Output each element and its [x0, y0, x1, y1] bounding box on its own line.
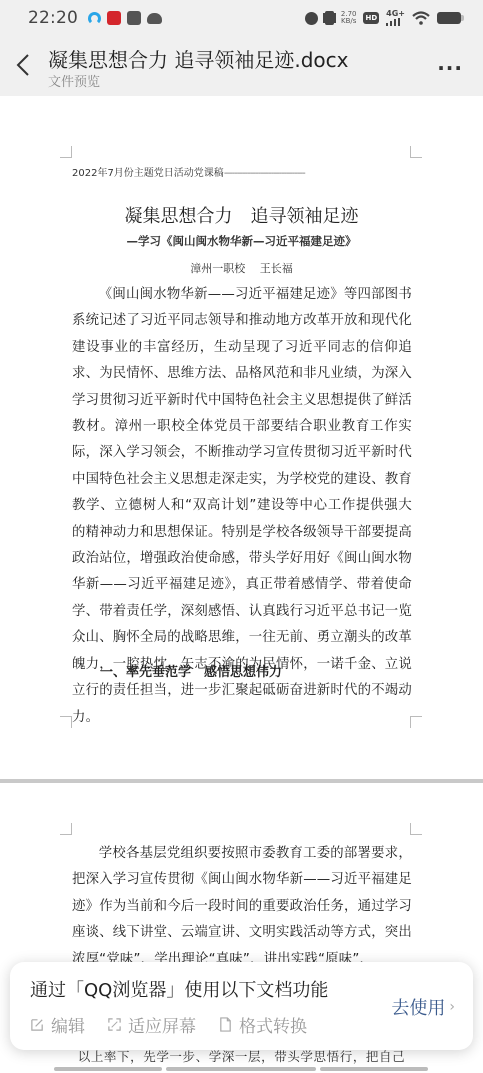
page-corner-mark [60, 146, 72, 158]
more-options-button[interactable]: ··· [437, 56, 463, 80]
page-corner-mark [410, 716, 422, 728]
alarm-icon [305, 12, 318, 25]
page-corner-mark [410, 146, 422, 158]
promo-title: 通过「QQ浏览器」使用以下文档功能 [30, 976, 328, 1002]
document-subtitle: —学习《闽山闽水物华新—习近平福建足迹》 [0, 233, 483, 249]
feature-fit-screen-label: 适应屏幕 [128, 1012, 196, 1037]
title-bar: 凝集思想合力 追寻领袖足迹.docx 文件预览 ··· [0, 36, 483, 96]
status-time: 22:20 [28, 8, 78, 28]
signal-bars-icon [386, 18, 400, 26]
document-author: 漳州一职校 王长福 [0, 260, 483, 276]
qq-circle-icon [88, 12, 101, 25]
feature-edit-label: 编辑 [51, 1012, 85, 1037]
signal-icon: 4G+ [386, 10, 405, 26]
net-speed-unit: KB/s [341, 17, 356, 25]
back-button[interactable] [12, 50, 36, 80]
system-icons: 2.70 KB/s HD 4G+ [305, 10, 461, 26]
document-header: 2022年7月份主题党日活动党课稿-----------------------… [72, 164, 305, 179]
page-corner-mark [60, 823, 72, 835]
file-subtitle: 文件预览 [48, 71, 100, 90]
red-app-icon [107, 11, 121, 25]
net-speed: 2.70 KB/s [341, 11, 357, 25]
feature-format-convert[interactable]: 格式转换 [218, 1012, 307, 1037]
document-icon [218, 1017, 233, 1032]
chevron-left-icon [12, 50, 36, 80]
header-dashes: ------------------------------- [224, 168, 305, 179]
feature-edit[interactable]: 编辑 [30, 1012, 85, 1037]
promo-features: 编辑 适应屏幕 格式转换 [30, 1012, 307, 1037]
network-label: 4G+ [386, 9, 405, 18]
section-heading: 一、率先垂范学 感悟思想伟力 [100, 661, 282, 680]
scroll-segment [166, 1067, 316, 1071]
go-use-label: 去使用 [391, 994, 445, 1020]
feature-format-convert-label: 格式转换 [239, 1012, 307, 1037]
hd-icon: HD [363, 12, 379, 24]
chevron-right-icon: › [449, 999, 455, 1015]
document-page-1[interactable]: 2022年7月份主题党日活动党课稿-----------------------… [0, 96, 483, 779]
cloud-icon [147, 13, 162, 24]
qq-browser-promo-card[interactable]: 通过「QQ浏览器」使用以下文档功能 编辑 适应屏幕 格式转换 去使用 › [10, 962, 473, 1050]
battery-icon [437, 12, 461, 24]
grey-app-icon [127, 11, 141, 25]
notification-icons [88, 11, 162, 25]
page-corner-mark [410, 823, 422, 835]
file-title: 凝集思想合力 追寻领袖足迹.docx [48, 44, 348, 73]
fit-screen-icon [107, 1017, 122, 1032]
page-corner-mark [60, 716, 72, 728]
scroll-segment [320, 1067, 428, 1071]
vibrate-icon [325, 11, 334, 25]
document-title: 凝集思想合力 追寻领袖足迹 [0, 202, 483, 228]
status-bar: 22:20 2.70 KB/s HD 4G+ [0, 0, 483, 36]
feature-fit-screen[interactable]: 适应屏幕 [107, 1012, 196, 1037]
header-text: 2022年7月份主题党日活动党课稿 [72, 168, 224, 179]
wifi-icon [412, 11, 430, 25]
go-use-button[interactable]: 去使用 › [391, 994, 455, 1020]
page-scroll-indicator [54, 1067, 428, 1071]
edit-icon [30, 1017, 45, 1032]
scroll-segment [54, 1067, 162, 1071]
body-paragraph: 学校各基层党组织要按照市委教育工委的部署要求，把深入学习宣传贯彻《闽山闽水物华新… [72, 841, 412, 973]
